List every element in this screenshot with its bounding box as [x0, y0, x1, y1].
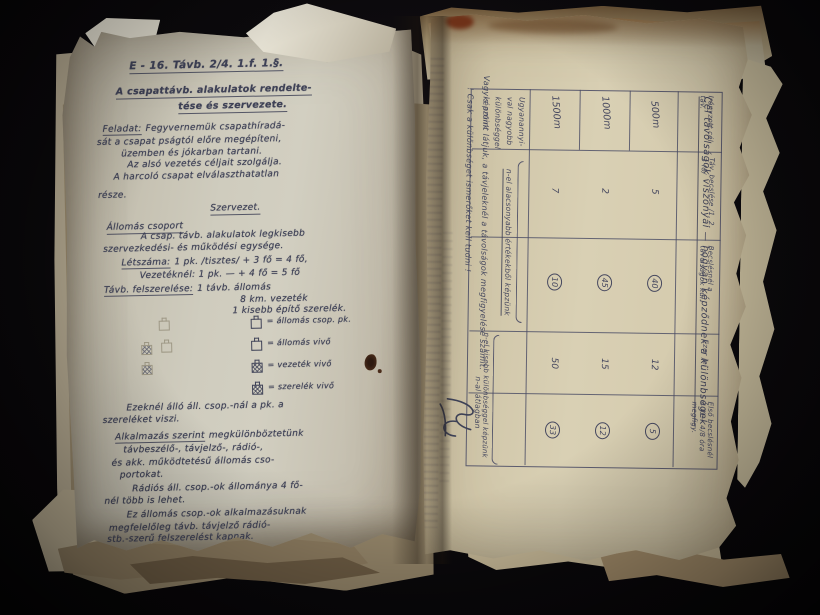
station-commander-box-icon	[159, 321, 170, 331]
col-header: Becslésnél a távolságok kül.	[697, 246, 714, 328]
difference-cell: 50	[549, 357, 559, 369]
hw-line: Ez állomás csop.-ok alkalmazásuknak	[127, 507, 307, 521]
wire-carrier-hatched-box-icon	[252, 363, 263, 373]
col-header: Táv. becslése /1, 2, 3 fő/	[699, 158, 716, 234]
col-header: Ezer jel	[701, 340, 710, 390]
legend-label: = állomás vivő	[267, 337, 331, 347]
brace-note: n-el alacsonyabb értékekből képzünk	[501, 169, 514, 316]
tool-carrier-hatched-box-icon	[142, 365, 153, 375]
legend-label: = állomás csop. pk.	[267, 315, 352, 326]
hw-line: Rádiós áll. csop.-ok állománya 4 fő-	[132, 481, 303, 495]
alkalmazas-label: Alkalmazás szerint	[115, 431, 205, 444]
signature-flourish-icon	[431, 387, 488, 442]
paragraph-feladat: Feladat:Fegyvernemük csapathíradá-	[103, 121, 286, 135]
difference-cell: 15	[599, 358, 609, 370]
station-carrier-box-icon	[251, 341, 262, 351]
page-subtitle-line2: tése és szervezete.	[178, 99, 287, 114]
hw-line: 8 km. vezeték	[240, 294, 308, 305]
alkalmazas-line: Alkalmazás szerintmegkülönböztetünk	[115, 429, 304, 443]
hw-line: Vezetéknél: 1 pk. — + 4 fő = 5 fő	[140, 268, 301, 281]
legend-label: = szerelék vivő	[268, 381, 334, 391]
distance-cell: 1500m	[549, 95, 562, 129]
felszereles-text: 1 távb. állomás	[197, 282, 271, 294]
block-note-line: Ugyanannyi-	[517, 97, 527, 147]
col-header: Irányzott cél táv.	[698, 95, 715, 147]
station-commander-box-icon	[251, 319, 262, 329]
hw-line: portokat.	[120, 470, 164, 481]
hw-line: Az alsó vezetés céljait szolgálja.	[127, 157, 282, 170]
hw-line: szereléket viszi.	[103, 414, 180, 426]
hw-line: nél több is lehet.	[104, 495, 185, 507]
ink-blot	[364, 354, 376, 370]
margin-note-line: ! Csak a különbséget ismerőket kell tudn…	[463, 87, 475, 272]
station-carrier-box-icon	[161, 342, 172, 352]
hw-line: szervezkedési- és működési egysége.	[103, 241, 284, 255]
col-header: Első becslésnél 400— 4/8 óra megfigy.	[690, 401, 715, 463]
distance-cell: 500m	[648, 101, 661, 129]
hw-line: A harcoló csapat elválaszthatatlan	[114, 169, 280, 182]
letszam-label: Létszáma:	[121, 257, 170, 269]
distance-cell: 1000m	[599, 96, 612, 130]
block-note-line: val nagyobb	[505, 97, 515, 145]
rotated-margin-note-wrapper: Vagyis amint látjuk, a távjeleknél a táv…	[426, 73, 499, 444]
letszam-text: 1 pk. /tisztes/ + 3 fő = 4 fő,	[174, 255, 308, 268]
page-subtitle-line1: A csapattávb. alakulatok rendelte-	[116, 82, 312, 99]
legend-label: = vezeték vivő	[268, 359, 332, 369]
ink-blot	[378, 369, 382, 373]
feladat-label: Feladat:	[103, 124, 142, 136]
hw-line: Ezeknél álló áll. csop.-nál a pk. a	[126, 400, 284, 413]
hw-line: A csap. távb. alakulatok legkisebb	[141, 229, 305, 242]
margin-note-line: Vagyis amint látjuk, a távjeleknél a táv…	[478, 75, 491, 370]
felszereles-line: Távb. felszerelése:1 távb. állomás	[104, 282, 271, 295]
estimate-cell: 2	[599, 188, 609, 194]
difference-cell: 12	[649, 359, 659, 371]
wire-carrier-hatched-box-icon	[141, 345, 152, 355]
section-heading: Szervezet.	[210, 203, 260, 216]
felszereles-label: Távb. felszerelése:	[104, 284, 193, 297]
right-page-sideways-table: Cél távolságok viszonyai — hogyan képződ…	[420, 12, 760, 565]
left-page-handwritten-notes: E - 16. Távb. 2/4. 1.f. 1.§. A csapattáv…	[59, 24, 426, 553]
hw-line: távbeszélő-, távjelző-, rádió-,	[123, 443, 263, 456]
page-heading: E - 16. Távb. 2/4. 1.f. 1.§.	[129, 57, 283, 74]
hw-line: része.	[98, 190, 127, 201]
feladat-text: Fegyvernemük csapathíradá-	[145, 121, 285, 134]
tool-carrier-hatched-box-icon	[252, 385, 263, 395]
estimate-cell: 7	[549, 187, 559, 193]
photo-of-open-field-notebook: E - 16. Távb. 2/4. 1.f. 1.§. A csapattáv…	[0, 0, 820, 615]
alkalmazas-text: megkülönböztetünk	[209, 429, 304, 441]
estimate-cell: 5	[649, 189, 659, 195]
hw-line: és akk. működtetésű állomás cso-	[112, 455, 275, 468]
letszam-line: Létszáma:1 pk. /tisztes/ + 3 fő = 4 fő,	[121, 255, 308, 269]
